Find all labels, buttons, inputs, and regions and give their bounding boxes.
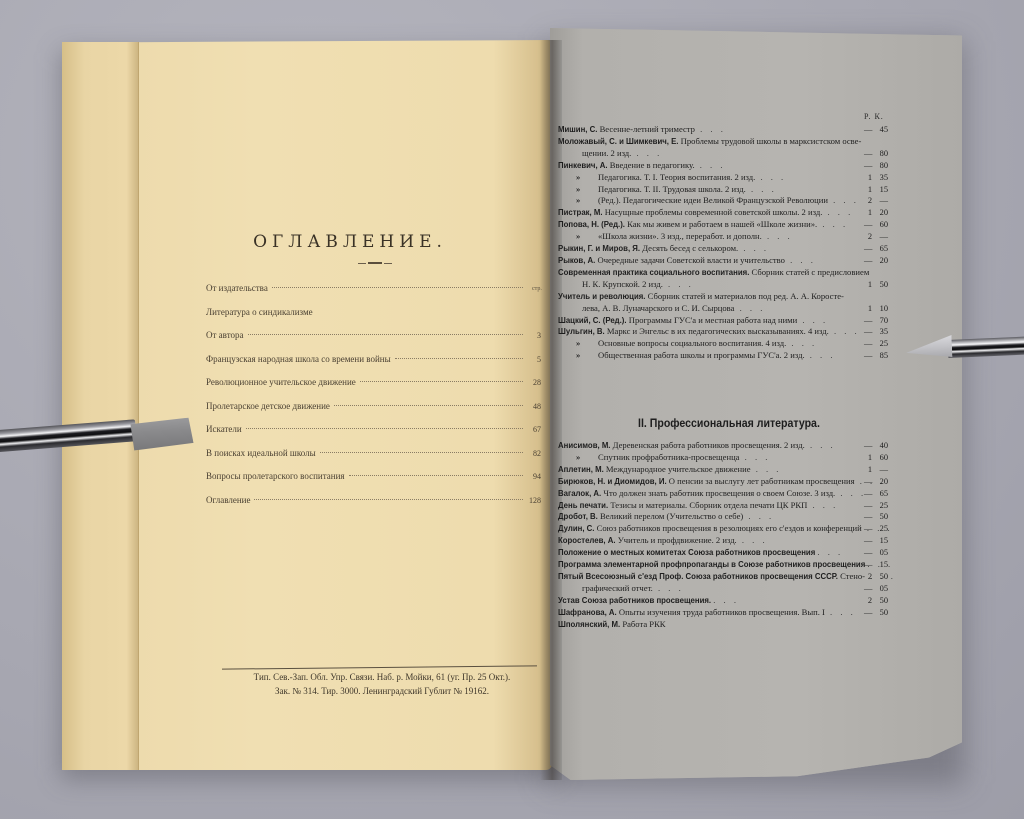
price-kopecks: 40 xyxy=(872,440,888,452)
price-rubles: — xyxy=(864,476,872,488)
leader-dots: . . . xyxy=(740,452,771,462)
price-rubles: — xyxy=(864,583,872,595)
bib-entry: Шафранова, А. Опыты изучения труда работ… xyxy=(558,607,858,619)
leader-dots: . . . xyxy=(737,535,768,545)
bib-entry: »(Ред.). Педагогические идеи Великой Фра… xyxy=(558,195,883,207)
bib-title: Учитель и профдвижение. 2 изд. xyxy=(618,535,737,545)
leader-dots: . . . xyxy=(755,172,786,182)
leader-dots: . . . xyxy=(713,595,739,605)
price-rubles: — xyxy=(864,607,872,619)
bib-title: Весенне-летний триместр xyxy=(600,124,695,134)
bib-author: День печати. xyxy=(558,501,608,510)
bib-title: щении. 2 изд. xyxy=(582,148,631,158)
price-rubles: — xyxy=(864,243,872,255)
leader-dots: . . . xyxy=(695,160,726,170)
price-rubles: 1 xyxy=(864,303,872,315)
bib-entry: Дробот, В. Великий перелом (Учительство … xyxy=(558,511,858,523)
price-kopecks: 05 xyxy=(872,547,888,559)
bib-title: Международное учительское движение xyxy=(606,464,751,474)
bib-title: Проблемы трудовой школы в марксистском о… xyxy=(681,136,862,146)
bib-title: Десять бесед с селькором. xyxy=(642,243,738,253)
bib-author: Дулин, С. xyxy=(558,524,594,533)
bib-entry: Шацкий, С. (Ред.). Программы ГУС'а и мес… xyxy=(558,315,858,327)
toc-entry: Вопросы пролетарского воспитания94 xyxy=(206,471,541,495)
bib-author: Пистрак, М. xyxy=(558,208,603,217)
price-kopecks: 05 xyxy=(872,583,888,595)
bib-entry: День печати. Тезисы и материалы. Сборник… xyxy=(558,500,858,512)
price-kopecks: 45 xyxy=(872,124,888,136)
ditto-mark: » xyxy=(576,350,580,362)
bib-title: Общественная работа школы и программы ГУ… xyxy=(598,350,805,360)
bib-price: 2— xyxy=(858,195,888,207)
price-rubles: 2 xyxy=(864,595,872,607)
toc-entry: В поисках идеальной школы82 xyxy=(206,448,541,472)
bib-author: Шульгин, В. xyxy=(558,327,605,336)
bibliography-section-2: Анисимов, М. Деревенская работа работник… xyxy=(558,440,883,631)
bib-entry: Рыкин, Г. и Миров, Я. Десять бесед с сел… xyxy=(558,243,858,255)
bibliography-section-1: Мишин, С. Весенне-летний триместр . . .—… xyxy=(558,124,883,362)
bib-price: 110 xyxy=(858,303,888,315)
price-kopecks: 60 xyxy=(872,452,888,464)
bib-entry: Устав Союза работников просвещения. . . … xyxy=(558,595,858,607)
price-kopecks: 50 xyxy=(872,511,888,523)
bib-title: графический отчет. xyxy=(582,583,653,593)
bib-price: —65 xyxy=(858,488,888,500)
bib-title: Программы ГУС'а и местная работа над ним… xyxy=(629,315,798,325)
toc-entry: От автора3 xyxy=(206,330,541,354)
price-kopecks: 15 xyxy=(872,535,888,547)
bib-price: 250 xyxy=(858,571,888,583)
bib-entry: Анисимов, М. Деревенская работа работник… xyxy=(558,440,858,452)
price-rubles: — xyxy=(864,255,872,267)
bib-entry: »Педагогика. Т. I. Теория воспитания. 2 … xyxy=(558,172,883,184)
bib-price: —80 xyxy=(858,160,888,172)
ditto-mark: » xyxy=(576,231,580,243)
bib-price: —70 xyxy=(858,315,888,327)
toc-entry: От издательства xyxy=(206,283,541,307)
bib-entry: Пятый Всесоюзный с'езд Проф. Союза работ… xyxy=(558,571,858,583)
price-kopecks: 25 xyxy=(872,338,888,350)
bib-price: —05 xyxy=(858,547,888,559)
price-kopecks: 15 xyxy=(872,184,888,196)
bib-price: —20 xyxy=(858,476,888,488)
bib-title: Сборник статей и материалов под ред. А. … xyxy=(648,291,844,301)
bib-title: Деревенская работа работников просвещени… xyxy=(613,440,805,450)
left-page-edge-flap xyxy=(62,42,139,770)
bib-entry: Шульгин, В. Маркс и Энгельс в их педагог… xyxy=(558,326,858,338)
price-kopecks: 25 xyxy=(872,500,888,512)
price-rubles: — xyxy=(864,326,872,338)
price-kopecks: 50 xyxy=(872,571,888,583)
bib-price: 135 xyxy=(858,172,888,184)
bib-price: —35 xyxy=(858,326,888,338)
ditto-mark: » xyxy=(576,195,580,207)
bib-entry: Бирюков, Н. и Диомидов, И. О пенсии за в… xyxy=(558,476,858,488)
price-kopecks: 80 xyxy=(872,148,888,160)
toc-entry: Искатели67 xyxy=(206,424,541,448)
price-kopecks: 60 xyxy=(872,219,888,231)
leader-dots: . . . xyxy=(743,511,774,521)
bib-entry: »Педагогика. Т. II. Трудовая школа. 2 из… xyxy=(558,184,883,196)
bib-title: Что должен знать работник просвещения о … xyxy=(603,488,835,498)
leader-dots: . . . xyxy=(817,219,848,229)
bib-entry: Вагалок, А. Что должен знать работник пр… xyxy=(558,488,858,500)
leader-dots: . . . xyxy=(738,243,769,253)
ditto-mark: » xyxy=(576,452,580,464)
bib-entry: Пистрак, М. Насущные проблемы современно… xyxy=(558,207,858,219)
bib-price: 120 xyxy=(858,207,888,219)
pen-right-body xyxy=(948,336,1024,358)
price-kopecks: 50 xyxy=(872,279,888,291)
bib-author: Пятый Всесоюзный с'езд Проф. Союза работ… xyxy=(558,572,838,581)
bib-entry: Положение о местных комитетах Союза рабо… xyxy=(558,547,858,559)
bib-author: Аплетин, М. xyxy=(558,465,604,474)
bib-entry: »«Школа жизни». 3 изд., переработ. и доп… xyxy=(558,231,883,243)
bib-author: Программа элементарной профпропаганды в … xyxy=(558,560,865,569)
bib-price: —15 xyxy=(858,535,888,547)
price-kopecks: 25 xyxy=(872,523,888,535)
price-rubles: 1 xyxy=(864,464,872,476)
bib-title: Сборник статей с предисловием xyxy=(752,267,870,277)
bib-price: —25 xyxy=(858,523,888,535)
bib-title: Очередные задачи Советской власти и учит… xyxy=(598,255,785,265)
price-kopecks: — xyxy=(872,195,888,207)
bib-entry: Шполянский, М. Работа РКК xyxy=(558,619,858,631)
bib-price: —20 xyxy=(858,255,888,267)
bib-author: Шацкий, С. (Ред.). xyxy=(558,316,627,325)
bib-author: Устав Союза работников просвещения. xyxy=(558,596,711,605)
toc-entry: Революционное учительское движение28 xyxy=(206,377,541,401)
price-rubles: — xyxy=(864,219,872,231)
bib-price: —60 xyxy=(858,219,888,231)
bib-entry: »Общественная работа школы и программы Г… xyxy=(558,350,883,362)
price-rubles: — xyxy=(864,559,872,571)
bib-author: Рыков, А. xyxy=(558,256,595,265)
price-kopecks: 35 xyxy=(872,326,888,338)
bib-entry: лева, А. В. Луначарского и С. И. Сырцова… xyxy=(558,303,882,315)
toc-entry: Оглавление128 xyxy=(206,495,541,519)
bib-entry: Учитель и революция. Сборник статей и ма… xyxy=(558,291,858,303)
imprint-line-1: Тип. Сев.-Зап. Обл. Упр. Связи. Наб. р. … xyxy=(222,672,542,682)
price-kopecks: 65 xyxy=(872,488,888,500)
price-kopecks: 20 xyxy=(872,207,888,219)
price-rubles: — xyxy=(864,148,872,160)
bib-author: Бирюков, Н. и Диомидов, И. xyxy=(558,477,667,486)
leader-dots: . . . xyxy=(786,338,817,348)
price-rubles: 1 xyxy=(864,207,872,219)
bib-author: Пинкевич, А. xyxy=(558,161,608,170)
bib-author: Мишин, С. xyxy=(558,125,597,134)
ditto-mark: » xyxy=(576,172,580,184)
price-kopecks: 15 xyxy=(872,559,888,571)
bib-author: Шафранова, А. xyxy=(558,608,617,617)
toc-entry: Французская народная школа со времени во… xyxy=(206,354,541,378)
leader-dots: . . . xyxy=(797,315,828,325)
bib-author: Современная практика социального воспита… xyxy=(558,268,749,277)
bib-title: Насущные проблемы современной советской … xyxy=(605,207,823,217)
bib-price: —40 xyxy=(858,440,888,452)
bib-author: Шполянский, М. xyxy=(558,620,620,629)
table-of-contents: От издательства Литература о синдикализм… xyxy=(206,283,541,518)
price-rubles: — xyxy=(864,523,872,535)
price-rubles: — xyxy=(864,535,872,547)
leader-dots: . . . xyxy=(817,547,843,557)
leader-dots: . . . xyxy=(746,184,777,194)
leader-dots: . . . xyxy=(828,195,859,205)
ditto-mark: » xyxy=(576,338,580,350)
leader-dots: . . . xyxy=(762,231,793,241)
bib-price: 2— xyxy=(858,231,888,243)
leader-dots: . . . xyxy=(751,464,782,474)
price-kopecks: 65 xyxy=(872,243,888,255)
price-rubles: 1 xyxy=(864,172,872,184)
bib-entry: Коростелев, А. Учитель и профдвижение. 2… xyxy=(558,535,858,547)
price-rubles: 1 xyxy=(864,279,872,291)
price-kopecks: 20 xyxy=(872,255,888,267)
bib-title: лева, А. В. Луначарского и С. И. Сырцова xyxy=(582,303,734,313)
leader-dots: . . . xyxy=(829,326,860,336)
bib-author: Моложавый, С. и Шимкевич, Е. xyxy=(558,137,678,146)
price-rubles: — xyxy=(864,338,872,350)
imprint-line-2: Зак. № 314. Тир. 3000. Ленинградский Губ… xyxy=(222,686,542,696)
section-2-title: II. Профессиональная литература. xyxy=(638,418,820,430)
price-kopecks: — xyxy=(872,464,888,476)
bib-price: 160 xyxy=(858,452,888,464)
price-kopecks: 35 xyxy=(872,172,888,184)
price-rubles: 2 xyxy=(864,231,872,243)
leader-dots: . . . xyxy=(825,607,856,617)
leader-dots: . . . xyxy=(663,279,694,289)
price-kopecks: 80 xyxy=(872,160,888,172)
bib-entry: Мишин, С. Весенне-летний триместр . . .—… xyxy=(558,124,858,136)
bib-title: Основные вопросы социального воспитания.… xyxy=(598,338,786,348)
bib-price: —25 xyxy=(858,338,888,350)
bib-entry: Н. К. Крупской. 2 изд. . . .150 xyxy=(558,279,882,291)
bib-entry: Дулин, С. Союз работников просвещения в … xyxy=(558,523,858,535)
price-rubles: — xyxy=(864,315,872,327)
bib-price: —80 xyxy=(858,148,888,160)
bib-author: Учитель и революция. xyxy=(558,292,645,301)
price-kopecks: 85 xyxy=(872,350,888,362)
price-rubles: — xyxy=(864,160,872,172)
price-rubles: 2 xyxy=(864,195,872,207)
bib-price: —65 xyxy=(858,243,888,255)
bib-entry: Попова, Н. (Ред.). Как мы живем и работа… xyxy=(558,219,858,231)
bib-entry: Рыков, А. Очередные задачи Советской вла… xyxy=(558,255,858,267)
bib-price: 250 xyxy=(858,595,888,607)
bib-author: Коростелев, А. xyxy=(558,536,616,545)
price-rubles: — xyxy=(864,500,872,512)
price-column-header: Р. К. xyxy=(864,112,884,121)
price-kopecks: — xyxy=(872,231,888,243)
price-rubles: — xyxy=(864,350,872,362)
bib-title: Союз работников просвещения в резолюциях… xyxy=(597,523,862,533)
bib-entry: »Основные вопросы социального воспитания… xyxy=(558,338,883,350)
leader-dots: . . . xyxy=(785,255,816,265)
price-rubles: 2 xyxy=(864,571,872,583)
bib-title: Как мы живем и работаем в нашей «Школе ж… xyxy=(627,219,817,229)
bib-price: —50 xyxy=(858,607,888,619)
price-kopecks: 50 xyxy=(872,607,888,619)
bib-title: Опыты изучения труда работников просвеще… xyxy=(619,607,825,617)
bib-author: Положение о местных комитетах Союза рабо… xyxy=(558,548,815,557)
ditto-mark: » xyxy=(576,184,580,196)
bib-title: Маркс и Энгельс в их педагогических выск… xyxy=(607,326,829,336)
price-rubles: 1 xyxy=(864,184,872,196)
bib-title: Великий перелом (Учительство о себе) xyxy=(600,511,743,521)
leader-dots: . . . xyxy=(805,440,836,450)
bib-price: 115 xyxy=(858,184,888,196)
price-rubles: — xyxy=(864,488,872,500)
ornament-dash xyxy=(368,262,382,264)
bib-entry: щении. 2 изд. . . .—80 xyxy=(558,148,882,160)
bib-author: Дробот, В. xyxy=(558,512,598,521)
bib-title: Тезисы и материалы. Сборник отдела печат… xyxy=(610,500,807,510)
price-kopecks: 20 xyxy=(872,476,888,488)
price-kopecks: 50 xyxy=(872,595,888,607)
bib-entry: Программа элементарной профпропаганды в … xyxy=(558,559,858,571)
bib-title: Педагогика. Т. II. Трудовая школа. 2 изд… xyxy=(598,184,746,194)
toc-entry: Пролетарское детское движение48 xyxy=(206,401,541,425)
bib-price: —85 xyxy=(858,350,888,362)
price-rubles: — xyxy=(864,547,872,559)
leader-dots: . . . xyxy=(822,207,853,217)
price-rubles: — xyxy=(864,511,872,523)
bib-price: —50 xyxy=(858,511,888,523)
bib-price: 1— xyxy=(858,464,888,476)
bib-price: —15 xyxy=(858,559,888,571)
leader-dots: . . . xyxy=(695,124,726,134)
bib-price: —45 xyxy=(858,124,888,136)
bib-entry: Моложавый, С. и Шимкевич, Е. Проблемы тр… xyxy=(558,136,858,148)
leader-dots: . . . xyxy=(807,500,838,510)
bib-entry: Аплетин, М. Международное учительское дв… xyxy=(558,464,858,476)
price-rubles: — xyxy=(864,124,872,136)
bib-entry: Современная практика социального воспита… xyxy=(558,267,858,279)
bib-price: 150 xyxy=(858,279,888,291)
price-kopecks: 70 xyxy=(872,315,888,327)
toc-title: ОГЛАВЛЕНИЕ. xyxy=(240,232,460,252)
bib-title: О пенсии за выслугу лет работникам просв… xyxy=(669,476,855,486)
bib-title: Педагогика. Т. I. Теория воспитания. 2 и… xyxy=(598,172,755,182)
bib-author: Вагалок, А. xyxy=(558,489,601,498)
bib-price: —25 xyxy=(858,500,888,512)
leader-dots: . . . xyxy=(631,148,662,158)
bib-entry: »Спутник профработника-просвещенца . . .… xyxy=(558,452,883,464)
bib-author: Попова, Н. (Ред.). xyxy=(558,220,625,229)
bib-title: «Школа жизни». 3 изд., переработ. и допо… xyxy=(598,231,762,241)
bib-price: —05 xyxy=(858,583,888,595)
bib-entry: графический отчет. . . .—05 xyxy=(558,583,882,595)
bib-title: Н. К. Крупской. 2 изд. xyxy=(582,279,663,289)
price-rubles: 1 xyxy=(864,452,872,464)
bib-author: Анисимов, М. xyxy=(558,441,610,450)
bib-title: (Ред.). Педагогические идеи Великой Фран… xyxy=(598,195,828,205)
price-rubles: — xyxy=(864,440,872,452)
bib-title: Введение в педагогику. xyxy=(610,160,695,170)
toc-entry: Литература о синдикализме xyxy=(206,307,541,331)
bib-title: Спутник профработника-просвещенца xyxy=(598,452,740,462)
bib-author: Рыкин, Г. и Миров, Я. xyxy=(558,244,640,253)
leader-dots: . . . xyxy=(805,350,836,360)
leader-dots: . . . xyxy=(653,583,684,593)
bib-entry: Пинкевич, А. Введение в педагогику. . . … xyxy=(558,160,858,172)
leader-dots: . . . xyxy=(734,303,765,313)
bib-title: Работа РКК xyxy=(622,619,665,629)
price-kopecks: 10 xyxy=(872,303,888,315)
